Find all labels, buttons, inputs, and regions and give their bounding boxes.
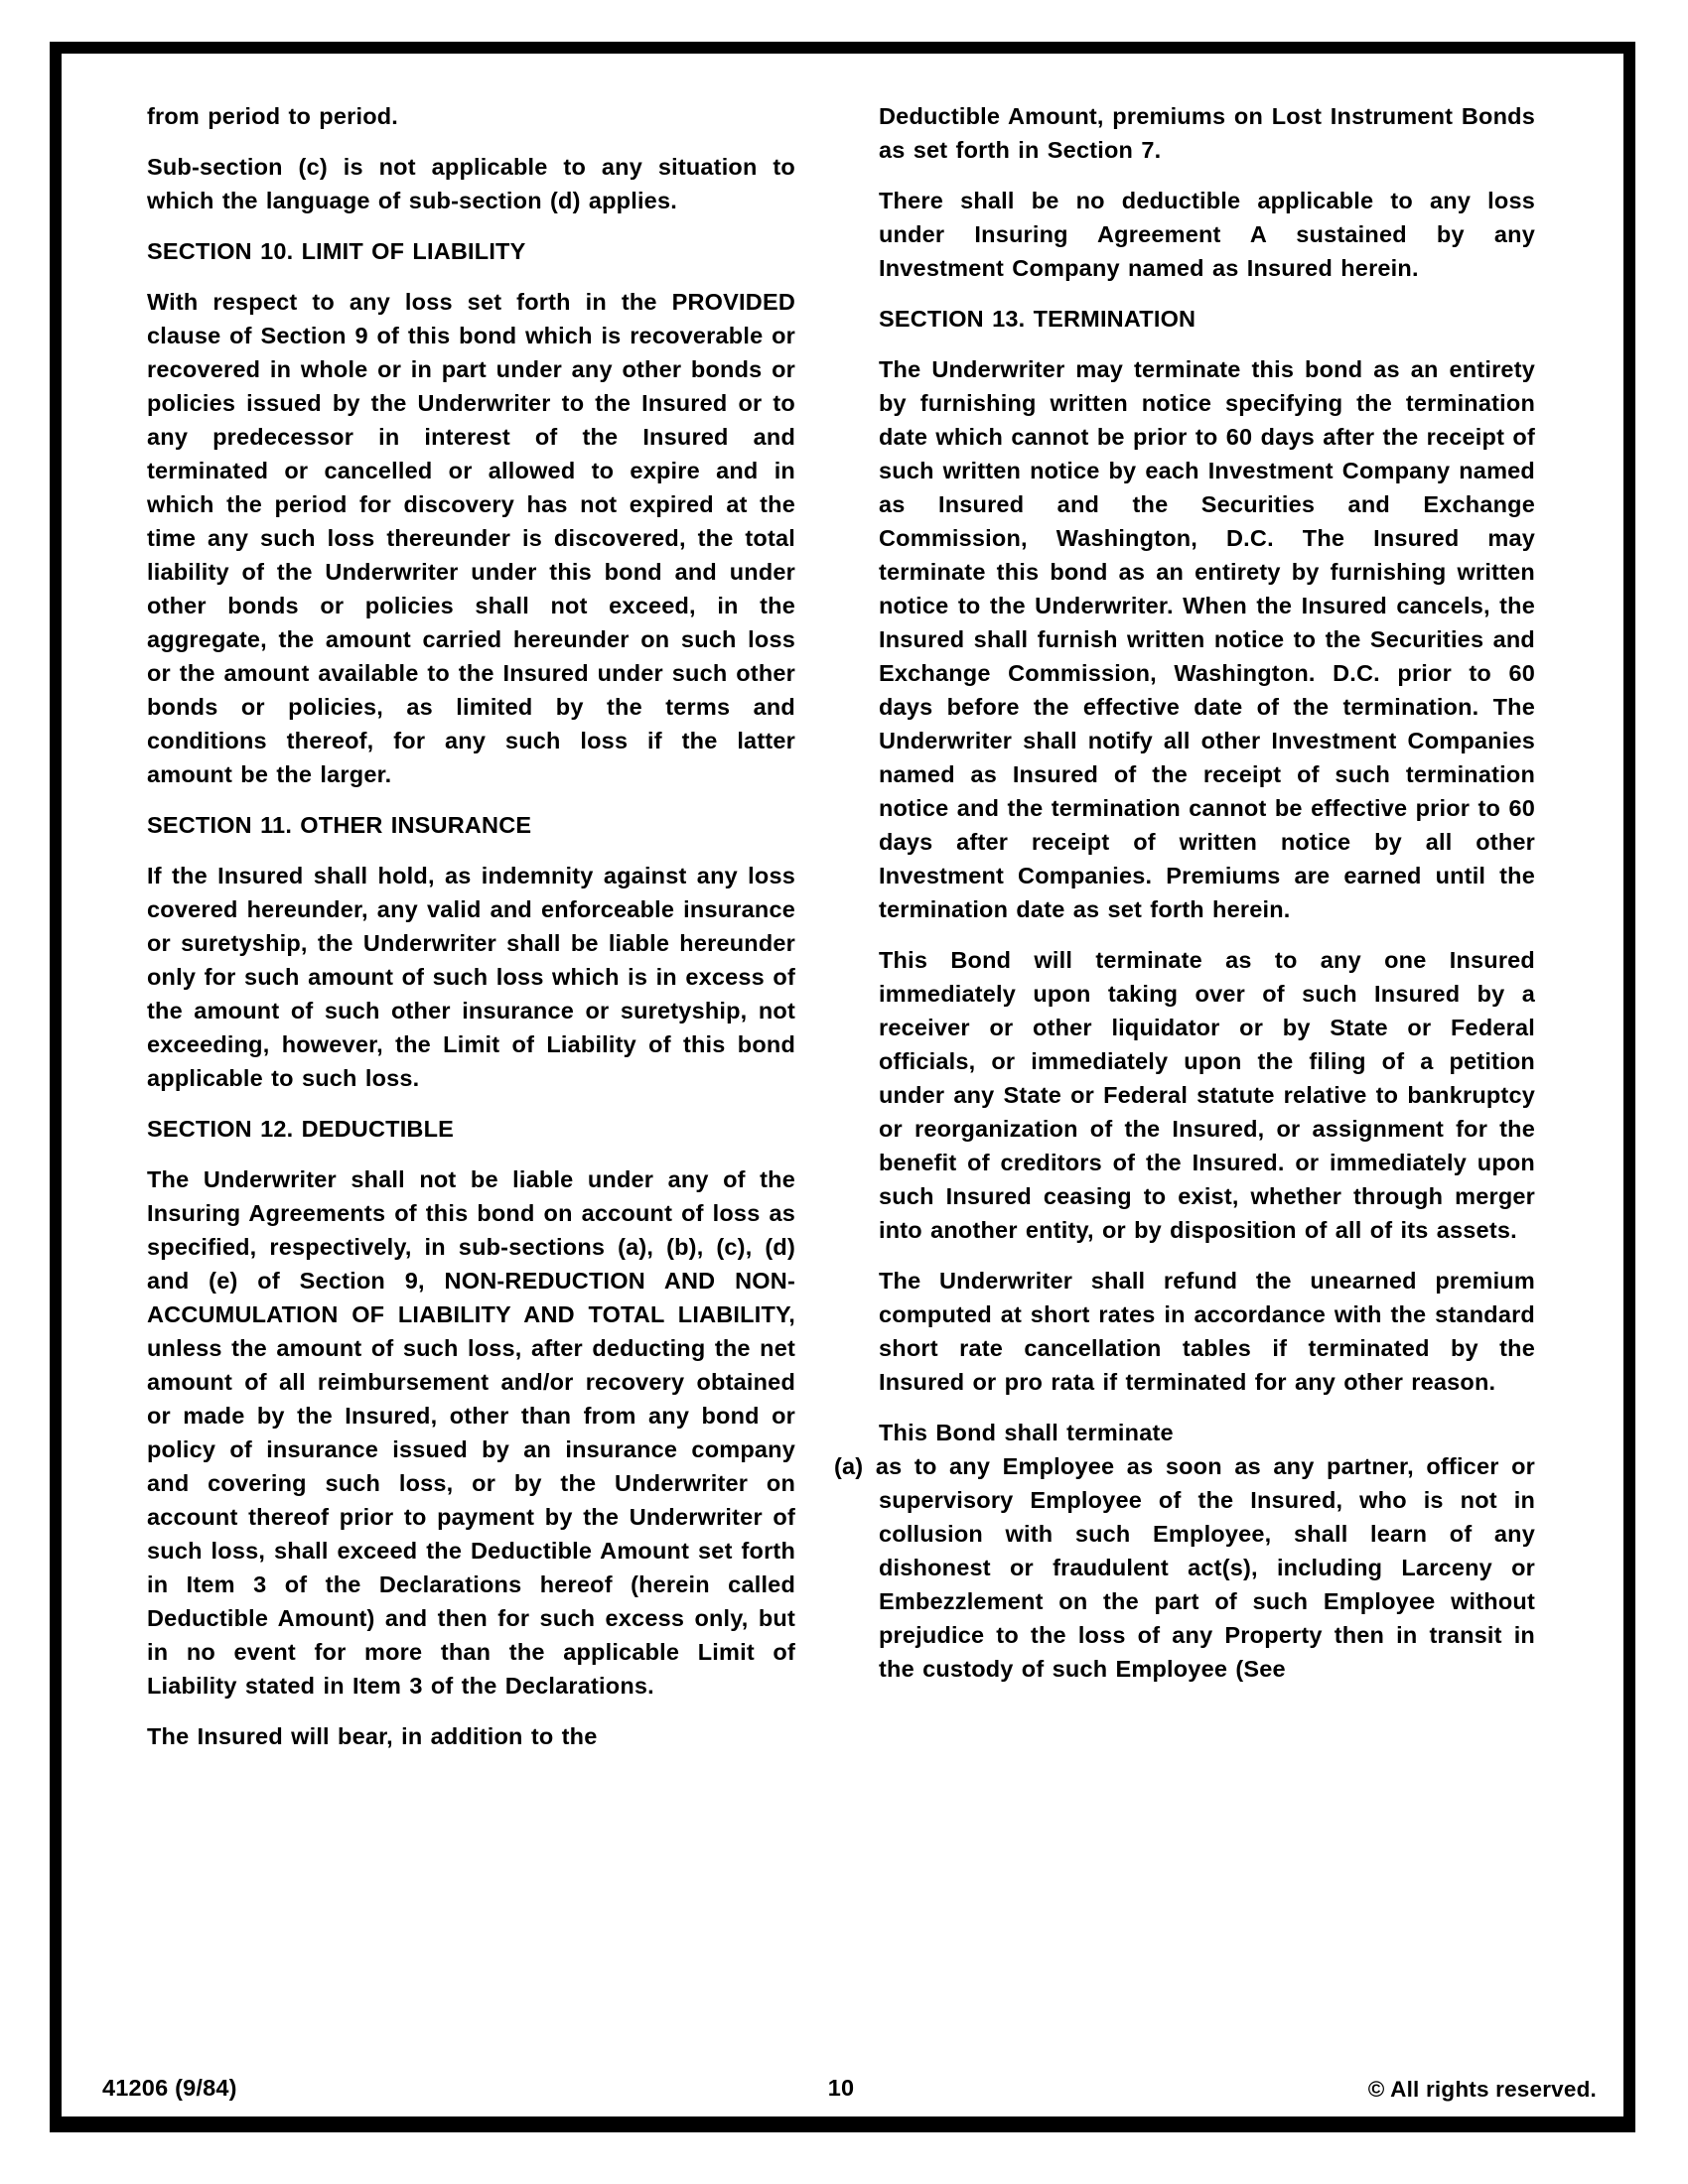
paragraph-refund: The Underwriter shall refund the unearne… bbox=[879, 1264, 1535, 1399]
right-column: Deductible Amount, premiums on Lost Inst… bbox=[879, 99, 1535, 1686]
section-12-body: The Underwriter shall not be liable unde… bbox=[147, 1162, 795, 1703]
paragraph-insured-will-bear: The Insured will bear, in addition to th… bbox=[147, 1719, 795, 1753]
line-bond-shall-terminate: This Bond shall terminate bbox=[879, 1416, 1535, 1449]
paragraph-deductible-continuation: Deductible Amount, premiums on Lost Inst… bbox=[879, 99, 1535, 167]
paragraph-subsection-note: Sub-section (c) is not applicable to any… bbox=[147, 150, 795, 217]
paragraph-no-deductible: There shall be no deductible applicable … bbox=[879, 184, 1535, 285]
footer-rights-notice: © All rights reserved. bbox=[1368, 2077, 1597, 2103]
section-11-body: If the Insured shall hold, as indemnity … bbox=[147, 859, 795, 1095]
left-column: from period to period. Sub-section (c) i… bbox=[147, 99, 795, 1753]
termination-item-a: (a) as to any Employee as soon as any pa… bbox=[879, 1449, 1535, 1686]
paragraph-bond-will-terminate: This Bond will terminate as to any one I… bbox=[879, 943, 1535, 1247]
paragraph-continuation: from period to period. bbox=[147, 99, 795, 133]
section-10-heading: SECTION 10. LIMIT OF LIABILITY bbox=[147, 234, 795, 268]
section-11-heading: SECTION 11. OTHER INSURANCE bbox=[147, 808, 795, 842]
section-13-heading: SECTION 13. TERMINATION bbox=[879, 302, 1535, 336]
section-10-body: With respect to any loss set forth in th… bbox=[147, 285, 795, 791]
section-13-body: The Underwriter may terminate this bond … bbox=[879, 352, 1535, 926]
section-12-heading: SECTION 12. DEDUCTIBLE bbox=[147, 1112, 795, 1146]
